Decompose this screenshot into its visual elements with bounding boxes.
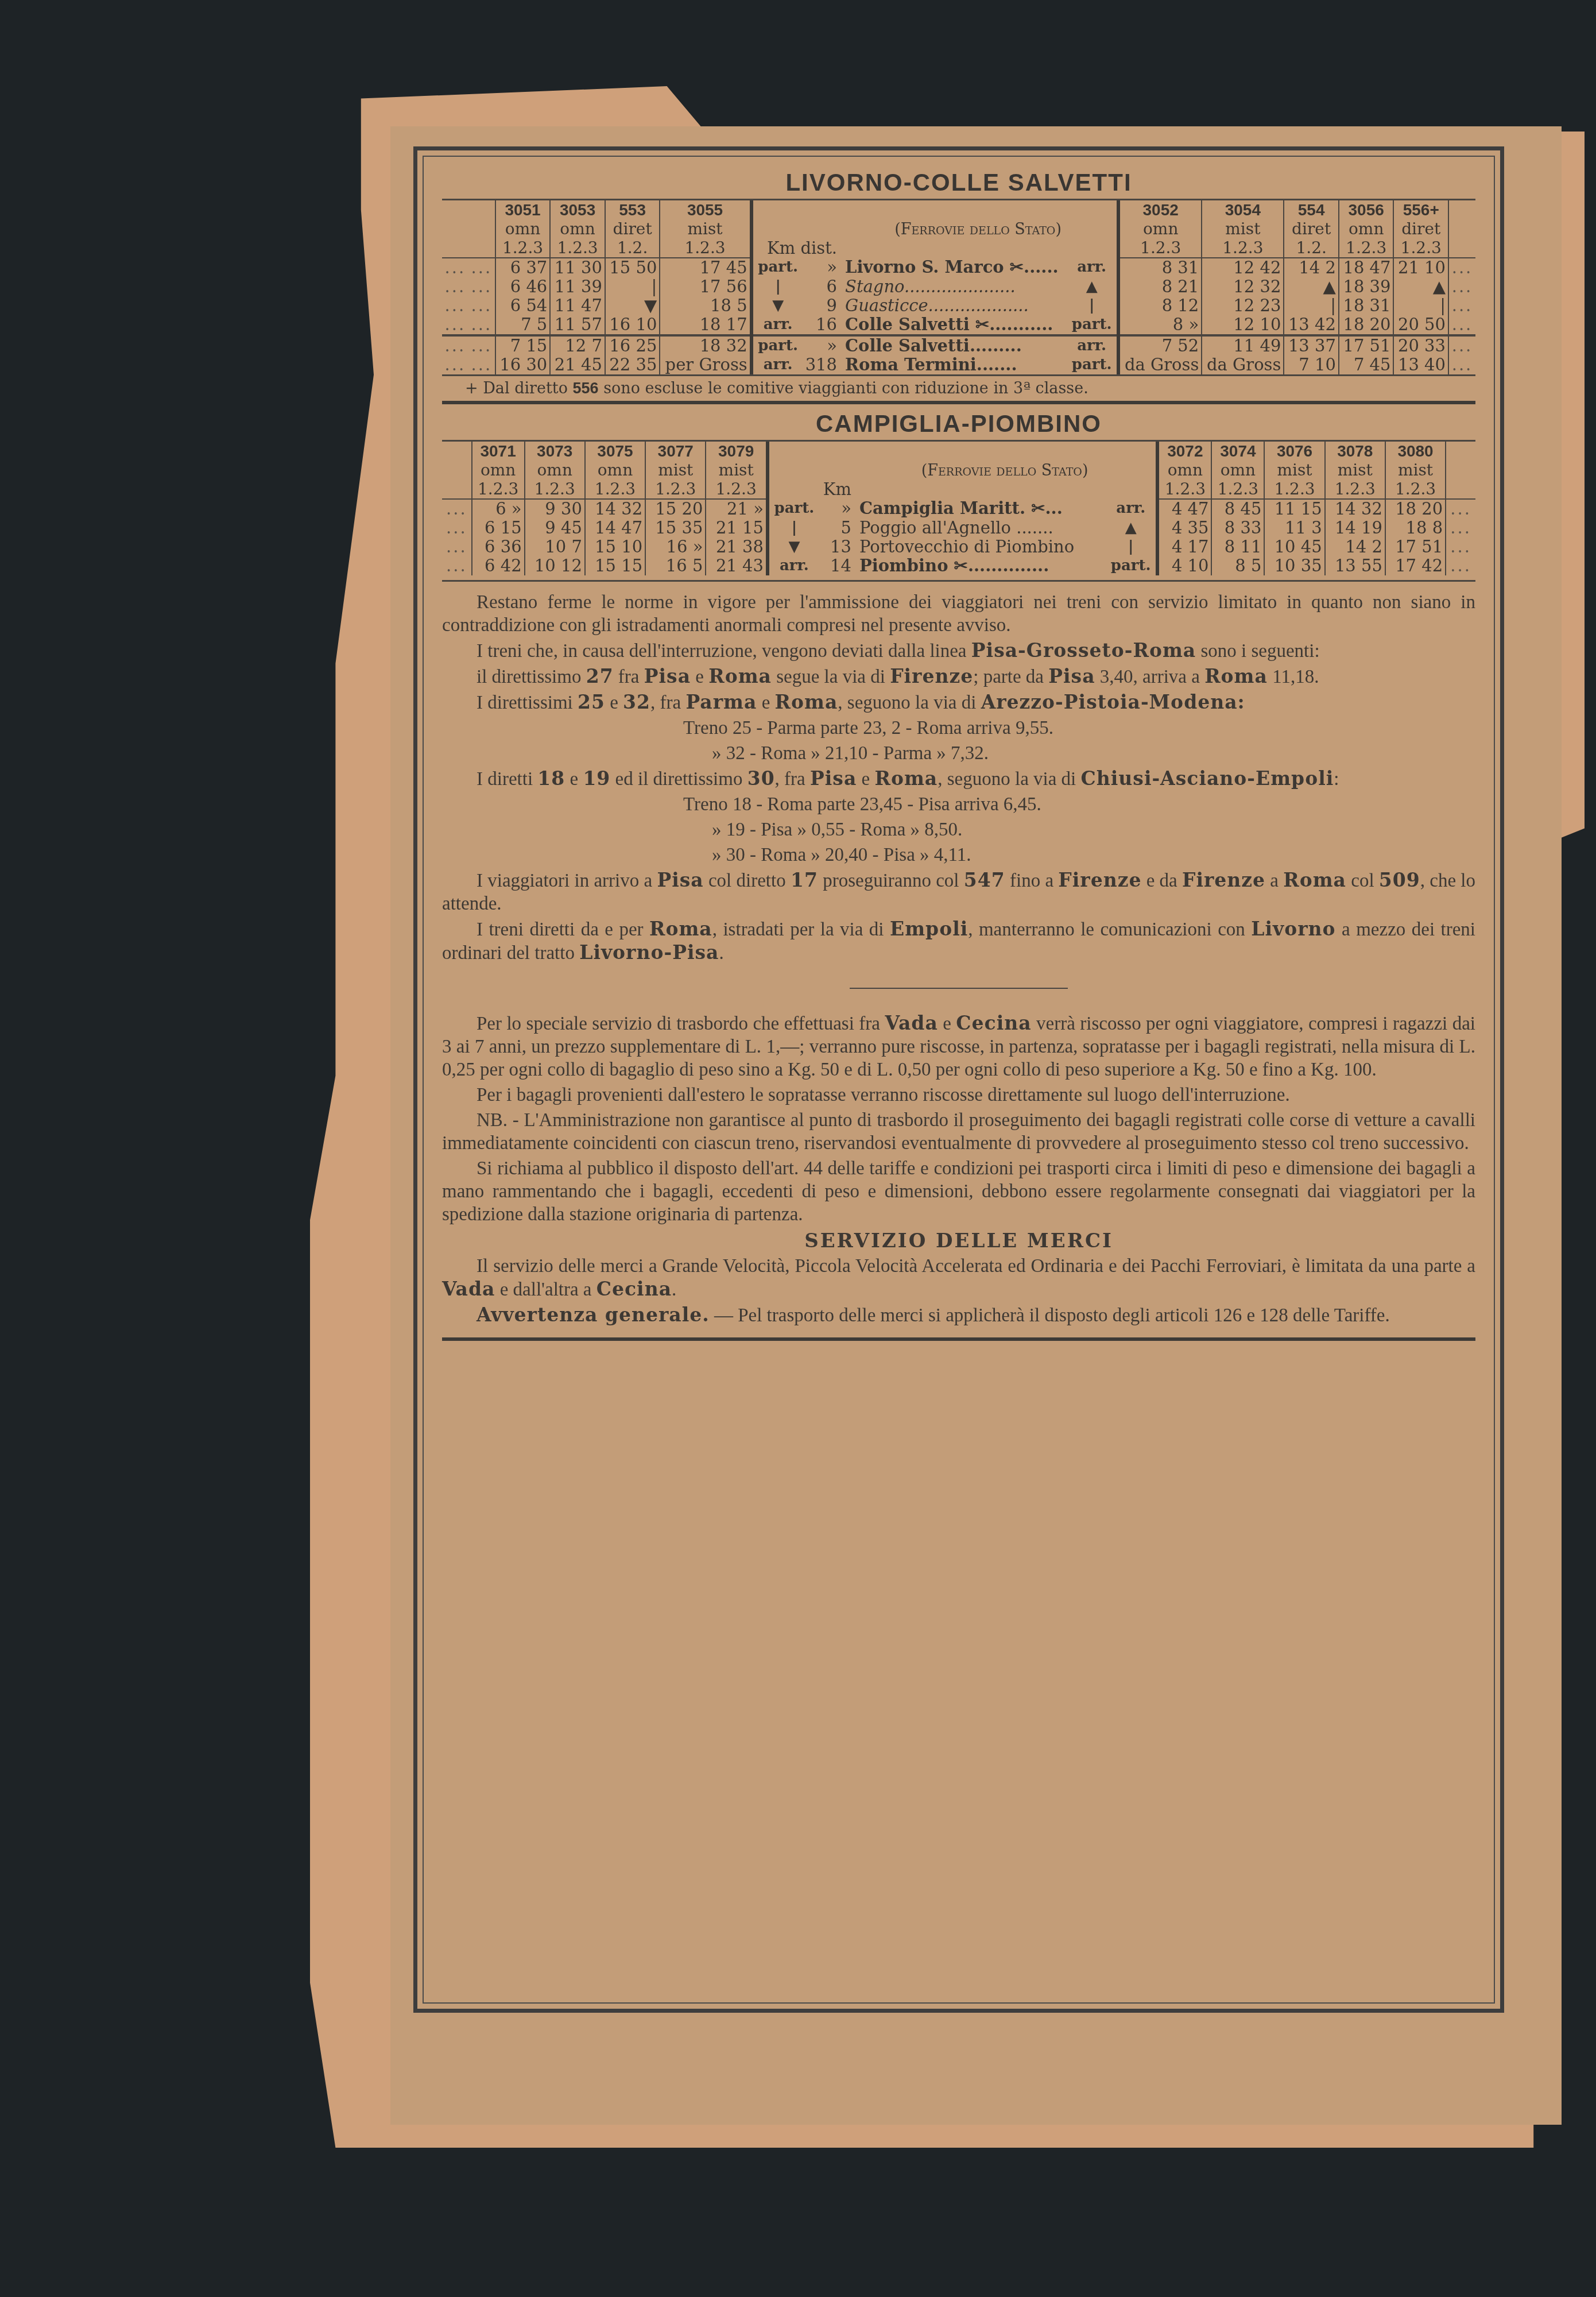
train-type: omn — [1157, 461, 1211, 479]
train-num: 3072 — [1157, 442, 1211, 461]
placeholder-dots: ... — [1448, 277, 1475, 296]
train-class: 1.2.3 — [1264, 479, 1324, 499]
direction-marker: part. — [1067, 315, 1118, 335]
merci-heading: SERVIZIO DELLE MERCI — [442, 1229, 1475, 1252]
emphasis: 17 — [791, 869, 818, 891]
timetable: 305130535533055Km dist.(Ferrovie dello S… — [442, 200, 1475, 374]
departure-time: 18 17 — [660, 315, 751, 335]
departure-time: 6 » — [472, 499, 525, 519]
km-label: Km — [768, 442, 854, 499]
emphasis: Roma — [874, 767, 938, 790]
text: e da — [1141, 871, 1182, 891]
distance-km: 5 — [819, 519, 854, 537]
departure-time: 11 47 — [550, 296, 605, 315]
paragraph: Si richiama al pubblico il disposto dell… — [442, 1157, 1475, 1226]
arrival-time: 8 33 — [1211, 519, 1264, 537]
arrival-time: ▲ — [1284, 277, 1339, 296]
text: : — [1334, 769, 1339, 790]
departure-time: ▼ — [605, 296, 660, 315]
direction-marker: arr. — [1067, 335, 1118, 355]
divider-thick — [442, 401, 1475, 404]
text: segue la via di — [772, 667, 890, 687]
departure-time: 11 30 — [550, 258, 605, 277]
text: I treni che, in causa dell'interruzione,… — [477, 641, 967, 662]
placeholder-dots: ... — [468, 355, 495, 374]
placeholder-dots: ... — [1446, 519, 1475, 537]
warning-label: Avvertenza generale. — [477, 1304, 710, 1326]
arrival-time: 14 2 — [1325, 537, 1385, 556]
arrival-time: | — [1393, 296, 1448, 315]
placeholder-dots: ... — [442, 335, 468, 355]
table-row: ...6 4210 1215 1516 521 43arr.14Piombino… — [442, 556, 1475, 575]
arrival-time: 8 45 — [1211, 499, 1264, 519]
arrival-time: 13 55 — [1325, 556, 1385, 575]
arrival-time: 8 5 — [1211, 556, 1264, 575]
train-type: diret — [1393, 219, 1448, 238]
arrival-time: 17 51 — [1339, 335, 1394, 355]
text: ed il direttissimo — [610, 769, 747, 790]
emphasis: Empoli — [890, 918, 968, 940]
blank-cell — [442, 200, 468, 219]
paragraph: Il servizio delle merci a Grande Velocit… — [442, 1255, 1475, 1301]
emphasis: Pisa — [657, 869, 703, 891]
station-name: Colle Salvetti ✂........... — [839, 315, 1067, 335]
schedule-line: Treno 18 - Roma parte 23,45 - Pisa arriv… — [442, 793, 1475, 816]
arrival-time: 7 10 — [1284, 355, 1339, 374]
blank-cell — [1446, 461, 1475, 479]
arrival-time: 4 47 — [1157, 499, 1211, 519]
departure-time: 11 57 — [550, 315, 605, 335]
emphasis: 32 — [623, 691, 650, 713]
departure-time: 17 56 — [660, 277, 751, 296]
departure-time: 14 32 — [585, 499, 645, 519]
text: e — [857, 769, 874, 790]
departure-time: 16 30 — [495, 355, 551, 374]
emphasis: 19 — [583, 767, 610, 790]
schedule-line: Treno 25 - Parma parte 23, 2 - Roma arri… — [442, 717, 1475, 740]
text: . — [672, 1279, 676, 1300]
train-num: 3078 — [1325, 442, 1385, 461]
train-type: omn — [472, 461, 525, 479]
train-type: mist — [1325, 461, 1385, 479]
distance-km: 16 — [803, 315, 839, 335]
arrival-time: 10 45 — [1264, 537, 1324, 556]
departure-time: 21 15 — [706, 519, 768, 537]
emphasis: Roma — [708, 665, 772, 687]
paragraph: Per i bagagli provenienti dall'estero le… — [442, 1084, 1475, 1107]
km-label: Km dist. — [751, 200, 839, 258]
arrival-time: da Gross — [1118, 355, 1202, 374]
train-type: mist — [1385, 461, 1446, 479]
emphasis: Parma — [685, 691, 757, 713]
text: e — [565, 769, 583, 790]
arrival-time: da Gross — [1202, 355, 1284, 374]
train-num: 3080 — [1385, 442, 1446, 461]
arrival-time: 18 8 — [1385, 519, 1446, 537]
text: , seguono la via di — [938, 769, 1080, 790]
arrival-time: 8 12 — [1118, 296, 1202, 315]
arrival-time: 20 50 — [1393, 315, 1448, 335]
emphasis: Pisa — [644, 665, 691, 687]
train-type: omn — [1211, 461, 1264, 479]
direction-marker: | — [768, 519, 819, 537]
arrival-time: 18 47 — [1339, 258, 1394, 277]
train-class: 1.2.3 — [1339, 238, 1394, 258]
text: e — [938, 1014, 956, 1034]
departure-time: 14 47 — [585, 519, 645, 537]
direction-marker: ▼ — [751, 296, 803, 315]
direction-marker: arr. — [1067, 258, 1118, 277]
arrival-time: 8 » — [1118, 315, 1202, 335]
emphasis: Chiusi-Asciano-Empoli — [1081, 767, 1334, 790]
blank-cell — [1446, 442, 1475, 461]
header-row: 30713073307530773079Km(Ferrovie dello St… — [442, 442, 1475, 461]
emphasis: Vada — [442, 1278, 495, 1300]
paragraph: I viaggiatori in arrivo a Pisa col diret… — [442, 869, 1475, 915]
table-row: ......6 3711 3015 5017 45part.»Livorno S… — [442, 258, 1475, 277]
departure-time: | — [605, 277, 660, 296]
departure-time: 17 45 — [660, 258, 751, 277]
departure-time: 6 37 — [495, 258, 551, 277]
emphasis: 30 — [747, 767, 775, 790]
text: 11,18. — [1268, 667, 1319, 687]
table-row: ......6 5411 47▼18 5▼9Guasticce.........… — [442, 296, 1475, 315]
train-num: 3077 — [645, 442, 706, 461]
departure-time: 11 39 — [550, 277, 605, 296]
arrival-time: | — [1284, 296, 1339, 315]
blank-cell — [442, 219, 468, 238]
paragraph: Per lo speciale servizio di trasbordo ch… — [442, 1012, 1475, 1081]
train-type: mist — [706, 461, 768, 479]
text: a — [1265, 871, 1283, 891]
emphasis: Cecina — [596, 1278, 672, 1300]
departure-time: 15 35 — [645, 519, 706, 537]
timetable-campiglia-piombino: CAMPIGLIA-PIOMBINO 30713073307530773079K… — [442, 408, 1475, 582]
departure-time: 10 12 — [525, 556, 585, 575]
direction-marker: | — [1106, 537, 1157, 556]
table-row: ......7 511 5716 1018 17arr.16Colle Salv… — [442, 315, 1475, 335]
short-divider — [850, 988, 1068, 989]
arrival-time: 4 35 — [1157, 519, 1211, 537]
text: I direttissimi — [477, 693, 578, 713]
divider — [442, 580, 1475, 582]
table-row: ...6 159 4514 4715 3521 15|5Poggio all'A… — [442, 519, 1475, 537]
emphasis: Firenze — [890, 665, 973, 687]
train-num: 3074 — [1211, 442, 1264, 461]
emphasis: Arezzo-Pistoia-Modena: — [981, 691, 1245, 713]
text: I diretti — [477, 769, 537, 790]
train-class: 1.2.3 — [1325, 479, 1385, 499]
text: e — [605, 693, 623, 713]
departure-time: 9 30 — [525, 499, 585, 519]
train-num: 3054 — [1202, 200, 1284, 219]
departure-time: 16 10 — [605, 315, 660, 335]
emphasis: Firenze — [1182, 869, 1265, 891]
text: , istradati per la via di — [712, 919, 890, 940]
direction-marker: part. — [751, 258, 803, 277]
departure-time: 9 45 — [525, 519, 585, 537]
direction-marker: part. — [1106, 556, 1157, 575]
direction-marker: | — [751, 277, 803, 296]
schedule-line: » 30 - Roma » 20,40 - Pisa » 4,11. — [442, 844, 1475, 867]
placeholder-dots: ... — [442, 258, 468, 277]
train-class: 1.2.3 — [1385, 479, 1446, 499]
paragraph: Avvertenza generale. — Pel trasporto del… — [442, 1304, 1475, 1327]
text: sono i seguenti: — [1200, 641, 1319, 662]
placeholder-dots: ... — [468, 335, 495, 355]
text: col — [1346, 871, 1379, 891]
text: col diretto — [704, 871, 791, 891]
paragraph: I diretti 18 e 19 ed il direttissimo 30,… — [442, 767, 1475, 791]
placeholder-dots: ... — [442, 499, 472, 519]
train-class: 1.2. — [605, 238, 660, 258]
arrival-time: ▲ — [1393, 277, 1448, 296]
paragraph: NB. - L'Amministrazione non garantisce a… — [442, 1109, 1475, 1155]
text: il direttissimo — [477, 667, 586, 687]
blank-cell — [1446, 479, 1475, 499]
train-num: 3053 — [550, 200, 605, 219]
arrival-time: 13 37 — [1284, 335, 1339, 355]
text: I treni diretti da e per — [477, 919, 649, 940]
departure-time: 6 15 — [472, 519, 525, 537]
arrival-time: 8 31 — [1118, 258, 1202, 277]
arrival-time: 11 3 — [1264, 519, 1324, 537]
train-type: mist — [645, 461, 706, 479]
station-name: Livorno S. Marco ✂...... — [839, 258, 1067, 277]
train-type: diret — [1284, 219, 1339, 238]
document-content: LIVORNO-COLLE SALVETTI 305130535533055Km… — [442, 167, 1475, 1341]
placeholder-dots: ... — [468, 258, 495, 277]
arrival-time: 7 52 — [1118, 335, 1202, 355]
departure-time: per Gross — [660, 355, 751, 374]
placeholder-dots: ... — [1446, 556, 1475, 575]
direction-marker: arr. — [1106, 499, 1157, 519]
departure-time: 15 50 — [605, 258, 660, 277]
arrival-time: 4 17 — [1157, 537, 1211, 556]
text: e dall'altra a — [495, 1279, 596, 1300]
direction-marker: ▲ — [1067, 277, 1118, 296]
train-num: 553 — [605, 200, 660, 219]
arrival-time: 8 11 — [1211, 537, 1264, 556]
divider-thick — [442, 1337, 1475, 1341]
placeholder-dots: ... — [1448, 355, 1475, 374]
departure-time: 6 36 — [472, 537, 525, 556]
departure-time: 12 7 — [550, 335, 605, 355]
departure-time: 22 35 — [605, 355, 660, 374]
train-class: 1.2.3 — [645, 479, 706, 499]
arrival-time: 10 35 — [1264, 556, 1324, 575]
distance-km: 13 — [819, 537, 854, 556]
train-type: omn — [525, 461, 585, 479]
emphasis: Pisa — [810, 767, 857, 790]
departure-time: 15 10 — [585, 537, 645, 556]
schedule-line: » 32 - Roma » 21,10 - Parma » 7,32. — [442, 742, 1475, 765]
train-num: 3076 — [1264, 442, 1324, 461]
text: Per lo speciale servizio di trasbordo ch… — [477, 1014, 885, 1034]
train-class: 1.2.3 — [1202, 238, 1284, 258]
arrival-time: 13 42 — [1284, 315, 1339, 335]
direction-marker: | — [1067, 296, 1118, 315]
distance-km: » — [803, 335, 839, 355]
train-class: 1.2. — [1284, 238, 1339, 258]
train-type: mist — [1202, 219, 1284, 238]
train-num: 556+ — [1393, 200, 1448, 219]
departure-time: 18 5 — [660, 296, 751, 315]
train-class: 1.2.3 — [525, 479, 585, 499]
text: , fra — [650, 693, 685, 713]
emphasis: Roma — [1283, 869, 1346, 891]
station-name: Roma Termini....... — [839, 355, 1067, 374]
placeholder-dots: ... — [442, 315, 468, 335]
operator-label: (Ferrovie dello Stato) — [839, 200, 1118, 258]
train-type: diret — [605, 219, 660, 238]
blank-cell — [468, 238, 495, 258]
table-row: ...6 3610 715 1016 »21 38▼13Portovecchio… — [442, 537, 1475, 556]
station-name: Portovecchio di Piombino — [854, 537, 1106, 556]
placeholder-dots: ... — [468, 277, 495, 296]
emphasis: Livorno-Pisa — [579, 941, 719, 964]
arrival-time: 18 39 — [1339, 277, 1394, 296]
arrival-time: 12 42 — [1202, 258, 1284, 277]
placeholder-dots: ... — [1446, 537, 1475, 556]
train-num: 3051 — [495, 200, 551, 219]
departure-time: 21 » — [706, 499, 768, 519]
emphasis: Livorno — [1251, 918, 1335, 940]
train-num: 3056 — [1339, 200, 1394, 219]
blank-cell — [1448, 219, 1475, 238]
paragraph: I direttissimi 25 e 32, fra Parma e Roma… — [442, 691, 1475, 714]
paragraph: I treni diretti da e per Roma, istradati… — [442, 918, 1475, 965]
arrival-time: 12 23 — [1202, 296, 1284, 315]
arrival-time: 12 32 — [1202, 277, 1284, 296]
emphasis: 509 — [1379, 869, 1420, 891]
train-num: 3071 — [472, 442, 525, 461]
text: ; parte da — [973, 667, 1048, 687]
train-num: 3079 — [706, 442, 768, 461]
timetable-livorno-colle-salvetti: LIVORNO-COLLE SALVETTI 305130535533055Km… — [442, 167, 1475, 404]
table-row: ......6 4611 39|17 56|6Stagno...........… — [442, 277, 1475, 296]
emphasis: Roma — [649, 918, 712, 940]
emphasis: 547 — [964, 869, 1005, 891]
placeholder-dots: ... — [442, 296, 468, 315]
arrival-time: 14 19 — [1325, 519, 1385, 537]
departure-time: 21 45 — [550, 355, 605, 374]
arrival-time: 18 20 — [1339, 315, 1394, 335]
direction-marker: part. — [768, 499, 819, 519]
emphasis: Pisa — [1048, 665, 1095, 687]
station-name: Guasticce................... — [839, 296, 1067, 315]
departure-time: 15 15 — [585, 556, 645, 575]
arrival-time: 4 10 — [1157, 556, 1211, 575]
table-row: ...6 »9 3014 3215 2021 »part.»Campiglia … — [442, 499, 1475, 519]
departure-time: 16 25 — [605, 335, 660, 355]
train-class: 1.2.3 — [1118, 238, 1202, 258]
distance-km: 14 — [819, 556, 854, 575]
train-num: 554 — [1284, 200, 1339, 219]
station-name: Stagno..................... — [839, 277, 1067, 296]
arrival-time: 11 49 — [1202, 335, 1284, 355]
train-class: 1.2.3 — [585, 479, 645, 499]
arrival-time: 11 15 — [1264, 499, 1324, 519]
train-class: 1.2.3 — [1211, 479, 1264, 499]
emphasis: Vada — [885, 1012, 938, 1034]
train-type: omn — [585, 461, 645, 479]
direction-marker: ▼ — [768, 537, 819, 556]
departure-time: 6 42 — [472, 556, 525, 575]
distance-km: 9 — [803, 296, 839, 315]
train-num: 3052 — [1118, 200, 1202, 219]
text: proseguiranno col — [818, 871, 964, 891]
emphasis: Cecina — [956, 1012, 1031, 1034]
text: fra — [614, 667, 644, 687]
station-name: Poggio all'Agnello ....... — [854, 519, 1106, 537]
blank-cell — [1448, 200, 1475, 219]
arrival-time: 14 32 — [1325, 499, 1385, 519]
table-row: ......7 1512 716 2518 32part.»Colle Salv… — [442, 335, 1475, 355]
placeholder-dots: ... — [442, 519, 472, 537]
train-type: omn — [1118, 219, 1202, 238]
departure-time: 18 32 — [660, 335, 751, 355]
route-name: Pisa-Grosseto-Roma — [971, 639, 1196, 662]
arrival-time: 13 40 — [1393, 355, 1448, 374]
text: , seguono la via di — [838, 693, 981, 713]
table-row: ......16 3021 4522 35per Grossarr.318Rom… — [442, 355, 1475, 374]
arrival-time: 20 33 — [1393, 335, 1448, 355]
blank-cell — [468, 200, 495, 219]
text: fino a — [1005, 871, 1059, 891]
placeholder-dots: ... — [442, 556, 472, 575]
section-title: CAMPIGLIA-PIOMBINO — [442, 408, 1475, 440]
footnote-train-number: 556 — [573, 380, 599, 397]
train-type: mist — [1264, 461, 1324, 479]
timetable: 30713073307530773079Km(Ferrovie dello St… — [442, 442, 1475, 575]
train-num: 3075 — [585, 442, 645, 461]
direction-marker: part. — [751, 335, 803, 355]
train-class: 1.2.3 — [495, 238, 551, 258]
warning-text: — Pel trasporto delle merci si applicher… — [710, 1305, 1390, 1326]
train-class: 1.2.3 — [1157, 479, 1211, 499]
paragraph: I treni che, in causa dell'interruzione,… — [442, 639, 1475, 663]
section-title: LIVORNO-COLLE SALVETTI — [442, 167, 1475, 199]
emphasis: Roma — [775, 691, 838, 713]
emphasis: 25 — [578, 691, 605, 713]
text: , manterranno le comunicazioni con — [968, 919, 1251, 940]
direction-marker: part. — [1067, 355, 1118, 374]
distance-km: 6 — [803, 277, 839, 296]
departure-time: 7 15 — [495, 335, 551, 355]
footnote: + Dal diretto 556 sono escluse le comiti… — [442, 376, 1475, 401]
placeholder-dots: ... — [1448, 258, 1475, 277]
emphasis: 27 — [586, 665, 614, 687]
placeholder-dots: ... — [442, 537, 472, 556]
distance-km: » — [803, 258, 839, 277]
header-row: 305130535533055Km dist.(Ferrovie dello S… — [442, 200, 1475, 219]
arrival-time: 14 2 — [1284, 258, 1339, 277]
train-class: 1.2.3 — [550, 238, 605, 258]
footnote-text: sono escluse le comitive viaggianti con … — [603, 380, 1088, 397]
arrival-time: 21 10 — [1393, 258, 1448, 277]
direction-marker: arr. — [751, 315, 803, 335]
arrival-time: 18 31 — [1339, 296, 1394, 315]
train-type: mist — [660, 219, 751, 238]
blank-cell — [1448, 238, 1475, 258]
operator-label: (Ferrovie dello Stato) — [854, 442, 1157, 499]
train-class: 1.2.3 — [706, 479, 768, 499]
text: I viaggiatori in arrivo a — [477, 871, 657, 891]
departure-time: 6 54 — [495, 296, 551, 315]
arrival-time: 8 21 — [1118, 277, 1202, 296]
placeholder-dots: ... — [468, 296, 495, 315]
